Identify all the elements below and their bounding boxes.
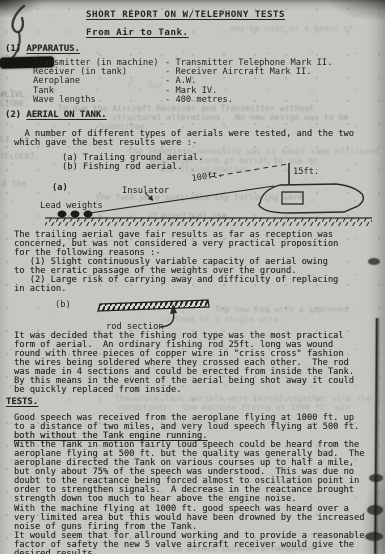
bleedthrough-text: LI. is <box>0 135 30 144</box>
apparatus-heading-number: (1) <box>5 44 26 54</box>
bleedthrough-text: the Tank were available the following we… <box>96 193 303 202</box>
bleedthrough-text: F. Tud <box>128 81 163 90</box>
bleedthrough-text: of practical use. <box>148 211 232 220</box>
lead-weights-dots <box>58 211 93 218</box>
bleedthrough-text: LIONE. <box>0 99 30 108</box>
tests-heading-text: TESTS. <box>6 397 38 407</box>
tests-paragraph-3: With the machine flying at 1000 ft. good… <box>14 505 364 532</box>
tests-paragraph-2: With the Tank in motion fairly loud spee… <box>14 441 364 504</box>
report-subtitle: From Air to Tank. <box>86 27 189 38</box>
aerial-heading-number: (2) <box>5 110 26 120</box>
diagram-b-label: (b) <box>55 300 71 310</box>
fishing-rod-paragraph: It was decided that the fishing rod type… <box>14 332 354 395</box>
page-fold-line <box>374 318 378 554</box>
bleedthrough-text: submitted. <box>100 122 149 131</box>
trailing-aerial-paragraph: The trailing aerial gave fair results as… <box>14 231 338 294</box>
text-line: in action. <box>14 285 338 294</box>
rod-graphic <box>98 300 209 311</box>
bleedthrough-text: To effect this an arrangement <box>172 544 315 553</box>
ink-smudge <box>368 258 380 265</box>
scanned-report-page: SHORT REPORT ON W/TELEPHONY TESTS From A… <box>0 0 385 554</box>
tests-heading: TESTS. <box>6 397 38 407</box>
bleedthrough-text: conditions: the machine flying at 1000 f… <box>118 403 350 412</box>
lead-weights-label: Lead weights <box>40 201 103 211</box>
tests-paragraph-1: Good speech was received from the aeropl… <box>14 414 359 432</box>
bleedthrough-text: may be used as a means of <box>230 24 353 33</box>
bleedthrough-text: A the <box>2 179 27 188</box>
apparatus-heading-text: APPARATUS. <box>26 44 79 54</box>
apparatus-list: Transmitter (in machine)- Transmitter Te… <box>33 59 332 105</box>
bleedthrough-text: instead of a single wire. <box>160 315 283 324</box>
report-title: SHORT REPORT ON W/TELEPHONY TESTS <box>86 9 285 20</box>
bleedthrough-text: the flying station. <box>160 165 254 174</box>
diagram-a-label: (a) <box>52 183 68 193</box>
bleedthrough-text: The new rod with a improved <box>215 305 348 314</box>
ink-smudge <box>367 505 383 515</box>
text-line: strength down too much to hear above the… <box>14 495 364 504</box>
bleedthrough-text: TELUENT. <box>0 152 39 161</box>
ink-smudge <box>365 532 383 541</box>
ink-smudge <box>369 474 383 482</box>
mast-height-label: 15ft. <box>293 167 319 177</box>
apparatus-heading: (1) APPARATUS. <box>5 44 80 54</box>
